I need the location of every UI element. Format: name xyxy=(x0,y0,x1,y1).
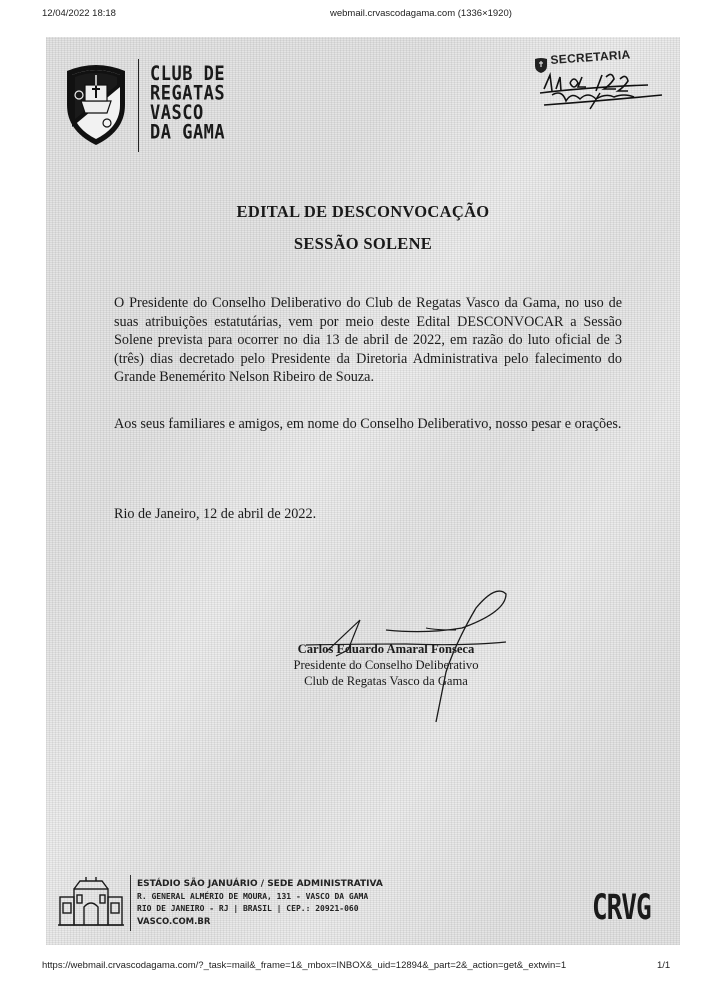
secretaria-stamp: SECRETARIA xyxy=(530,47,670,117)
scanned-document-page: CLUB DE REGATAS VASCO DA GAMA SECRETARIA… xyxy=(46,37,680,945)
footer-line: R. GENERAL ALMÉRIO DE MOURA, 131 - VASCO… xyxy=(137,891,383,904)
club-name-wordmark: CLUB DE REGATAS VASCO DA GAMA xyxy=(150,65,225,143)
footer-website: VASCO.COM.BR xyxy=(137,916,383,929)
handwritten-date-icon xyxy=(530,47,670,117)
print-header: 12/04/2022 18:18 webmail.crvascodagama.c… xyxy=(0,8,720,22)
place-date: Rio de Janeiro, 12 de abril de 2022. xyxy=(114,506,316,523)
stadium-building-icon xyxy=(56,875,126,927)
signatory-role: Presidente do Conselho Deliberativo xyxy=(266,657,506,673)
signatory-org: Club de Regatas Vasco da Gama xyxy=(266,673,506,689)
body-paragraph: O Presidente do Conselho Deliberativo do… xyxy=(114,294,622,387)
footer-address: ESTÁDIO SÃO JANUÁRIO / SEDE ADMINISTRATI… xyxy=(137,878,383,928)
footer-line: ESTÁDIO SÃO JANUÁRIO / SEDE ADMINISTRATI… xyxy=(137,878,383,891)
letterhead-divider xyxy=(138,59,139,152)
footer-line: RIO DE JANEIRO - RJ | BRASIL | CEP.: 209… xyxy=(137,903,383,916)
vasco-crest-icon xyxy=(63,61,129,147)
signatory-name: Carlos Eduardo Amaral Fonseca xyxy=(266,641,506,657)
document-title: EDITAL DE DESCONVOCAÇÃO xyxy=(46,202,680,222)
print-host: webmail.crvascodagama.com (1336×1920) xyxy=(330,8,512,19)
print-datetime: 12/04/2022 18:18 xyxy=(42,8,116,19)
footer-divider xyxy=(130,875,131,931)
wordmark-line: DA GAMA xyxy=(150,124,225,144)
print-url: https://webmail.crvascodagama.com/?_task… xyxy=(42,960,566,971)
signature-block: Carlos Eduardo Amaral Fonseca Presidente… xyxy=(266,641,506,689)
crvg-monogram: CRVG xyxy=(592,888,651,929)
print-footer: https://webmail.crvascodagama.com/?_task… xyxy=(0,960,720,974)
page-count: 1/1 xyxy=(657,960,670,971)
body-paragraph: Aos seus familiares e amigos, em nome do… xyxy=(114,415,622,434)
document-subtitle: SESSÃO SOLENE xyxy=(46,234,680,254)
